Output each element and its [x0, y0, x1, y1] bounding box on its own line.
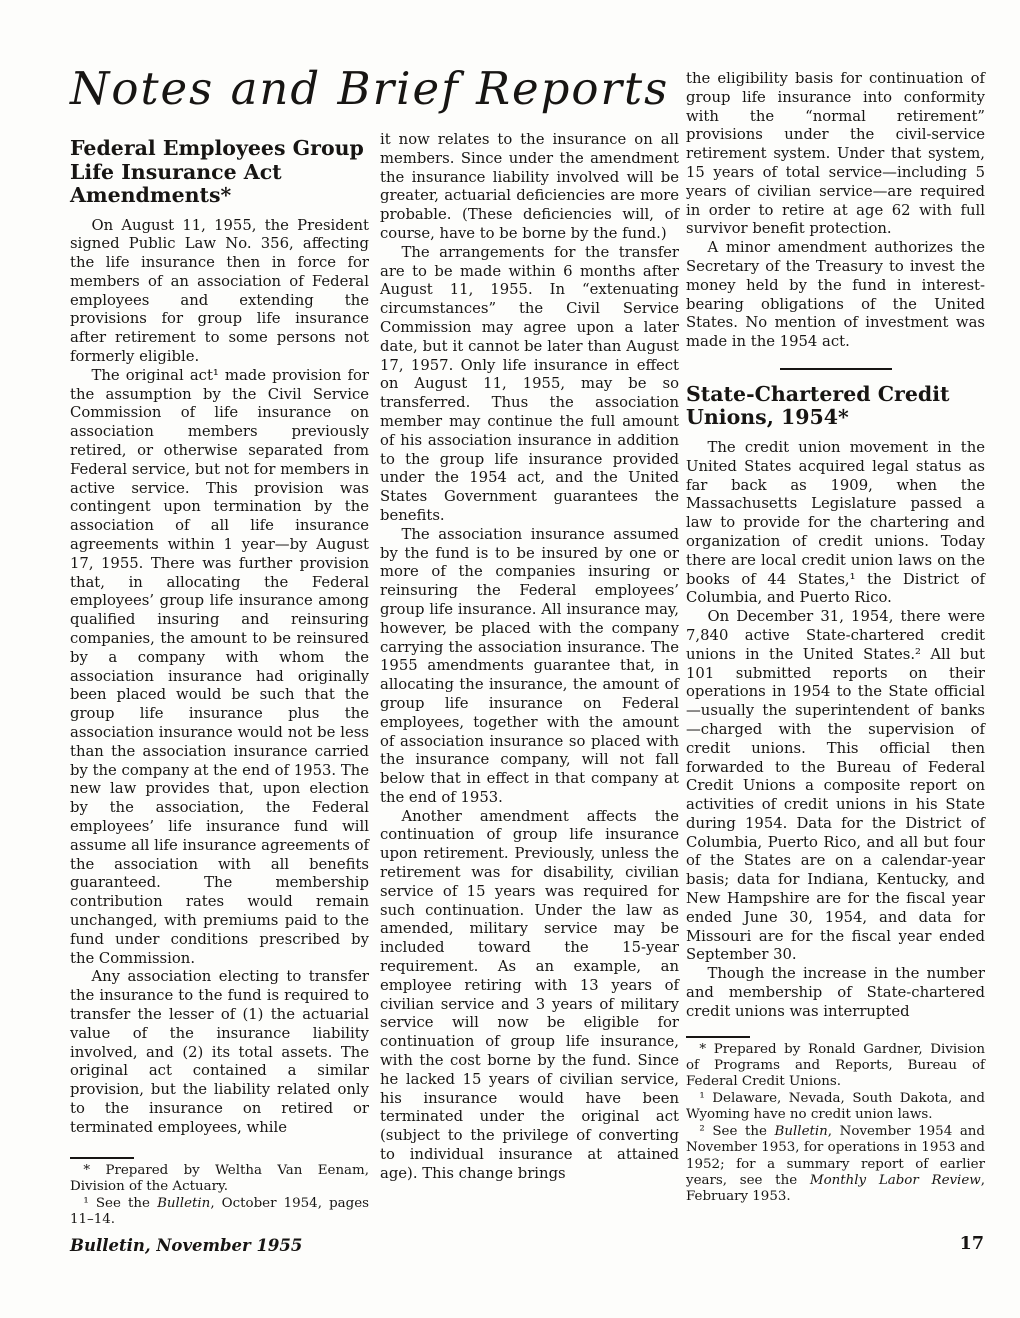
paragraph: The arrangements for the transfer are to…	[380, 244, 679, 526]
page-number: 17	[960, 1234, 984, 1254]
column-1: Federal Employees Group Life Insurance A…	[70, 137, 369, 1237]
column-2: it now relates to the insurance on all m…	[380, 131, 679, 1184]
footnote-rule	[686, 1036, 750, 1038]
footnote: ¹ See the Bulletin, October 1954, pages …	[70, 1196, 369, 1229]
article-2-heading: State-Chartered Credit Unions, 1954*	[686, 383, 985, 430]
paragraph: A minor amendment authorizes the Secreta…	[686, 239, 985, 352]
paragraph: it now relates to the insurance on all m…	[380, 131, 679, 244]
footnote: * Prepared by Weltha Van Eenam, Division…	[70, 1163, 369, 1196]
footnotes-column-3: * Prepared by Ronald Gardner, Division o…	[686, 1036, 985, 1206]
footnotes-column-1: * Prepared by Weltha Van Eenam, Division…	[70, 1157, 369, 1229]
paragraph: Though the increase in the number and me…	[686, 965, 985, 1021]
column-3: the eligibility basis for continuation o…	[686, 70, 985, 1206]
paragraph: On December 31, 1954, there were 7,840 a…	[686, 608, 985, 965]
paragraph: Another amendment affects the continuati…	[380, 808, 679, 1184]
footnote: ² See the Bulletin, November 1954 and No…	[686, 1124, 985, 1206]
section-divider-rule	[780, 368, 892, 370]
paragraph: The original act¹ made provision for the…	[70, 367, 369, 969]
paragraph: On August 11, 1955, the President signed…	[70, 217, 369, 367]
footnote-rule	[70, 1157, 134, 1159]
footnote: * Prepared by Ronald Gardner, Division o…	[686, 1042, 985, 1091]
paragraph: Any association electing to transfer the…	[70, 968, 369, 1137]
article-1-heading: Federal Employees Group Life Insurance A…	[70, 137, 369, 208]
page-title: Notes and Brief Reports	[70, 62, 685, 115]
paragraph: The credit union movement in the United …	[686, 439, 985, 608]
paragraph: the eligibility basis for continuation o…	[686, 70, 985, 239]
paragraph: The association insurance assumed by the…	[380, 526, 679, 808]
footer-journal-title: Bulletin, November 1955	[70, 1236, 302, 1255]
footnote: ¹ Delaware, Nevada, South Dakota, and Wy…	[686, 1091, 985, 1124]
